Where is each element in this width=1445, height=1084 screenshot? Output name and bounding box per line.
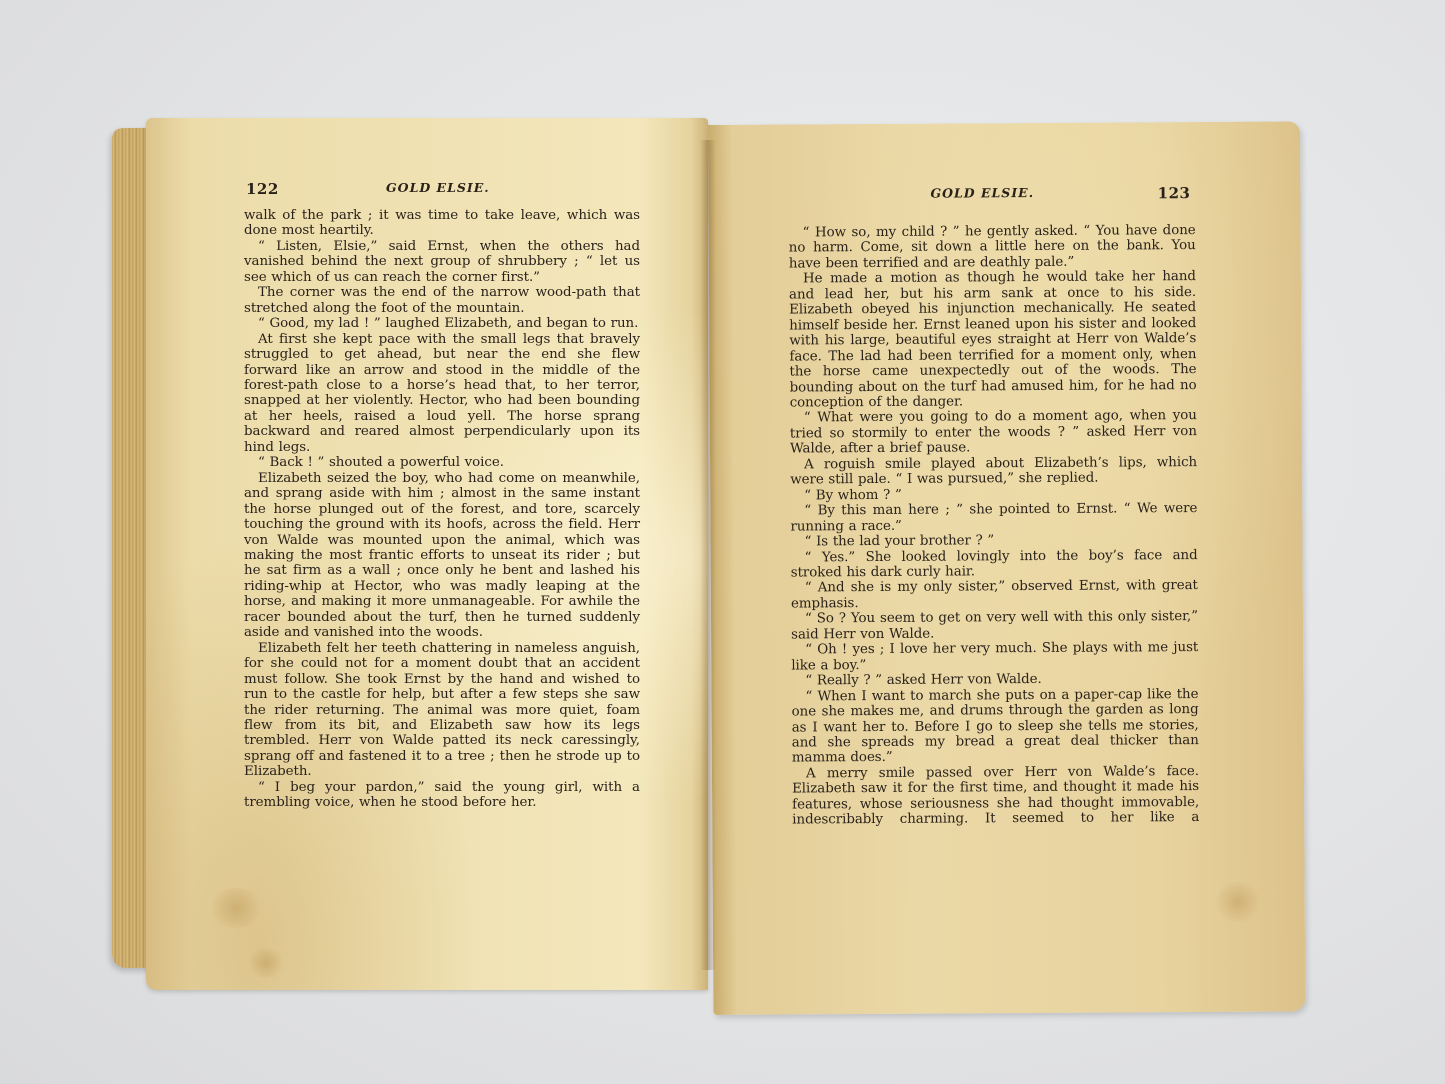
page-body: walk of the park ; it was time to take l…: [244, 208, 640, 811]
paragraph: Elizabeth seized the boy, who had come o…: [244, 471, 640, 641]
photo-scene: 122 GOLD ELSIE. walk of the park ; it wa…: [0, 0, 1445, 1084]
page-number: 122: [246, 180, 279, 198]
paragraph: “ Back ! ” shouted a powerful voice.: [244, 455, 640, 470]
paragraph: At first she kept pace with the small le…: [244, 332, 640, 456]
running-title: GOLD ELSIE.: [386, 180, 490, 195]
paragraph: “ So ? You seem to get on very well with…: [791, 609, 1198, 642]
paragraph: “ Good, my lad ! ” laughed Elizabeth, an…: [244, 316, 640, 331]
paragraph: Elizabeth felt her teeth chattering in n…: [244, 641, 640, 780]
left-page: 122 GOLD ELSIE. walk of the park ; it wa…: [146, 118, 708, 990]
paragraph: The corner was the end of the narrow woo…: [244, 285, 640, 316]
paragraph: “ And she is my only sister,” observed E…: [791, 578, 1198, 611]
foxing-stain: [1213, 882, 1263, 922]
foxing-stain: [246, 948, 286, 978]
paragraph: A merry smile passed over Herr von Walde…: [792, 764, 1199, 828]
paragraph: “ By this man here ; ” she pointed to Er…: [790, 501, 1197, 534]
running-head: GOLD ELSIE. 123: [788, 184, 1198, 187]
running-title: GOLD ELSIE.: [930, 185, 1034, 201]
paragraph: “ Oh ! yes ; I love her very much. She p…: [791, 640, 1198, 673]
paragraph: “ Yes.” She looked lovingly into the boy…: [791, 548, 1198, 581]
paragraph: A roguish smile played about Elizabeth’s…: [790, 455, 1197, 488]
paragraph: “ When I want to march she puts on a pap…: [791, 687, 1198, 767]
paragraph: He made a motion as though he would take…: [789, 269, 1197, 411]
paragraph: “ I beg your pardon,” said the young gir…: [244, 780, 640, 811]
book-gutter: [700, 140, 716, 970]
paragraph: “ How so, my child ? ” he gently asked. …: [789, 223, 1196, 272]
paragraph: walk of the park ; it was time to take l…: [244, 208, 640, 239]
foxing-stain: [206, 888, 266, 928]
right-page: GOLD ELSIE. 123 “ How so, my child ? ” h…: [708, 121, 1305, 1015]
running-head: 122 GOLD ELSIE.: [246, 180, 646, 198]
paragraph: “ Listen, Elsie,” said Ernst, when the o…: [244, 239, 640, 285]
page-body: “ How so, my child ? ” he gently asked. …: [789, 223, 1200, 828]
page-number: 123: [1158, 184, 1191, 202]
paragraph: “ What were you going to do a moment ago…: [790, 408, 1197, 457]
